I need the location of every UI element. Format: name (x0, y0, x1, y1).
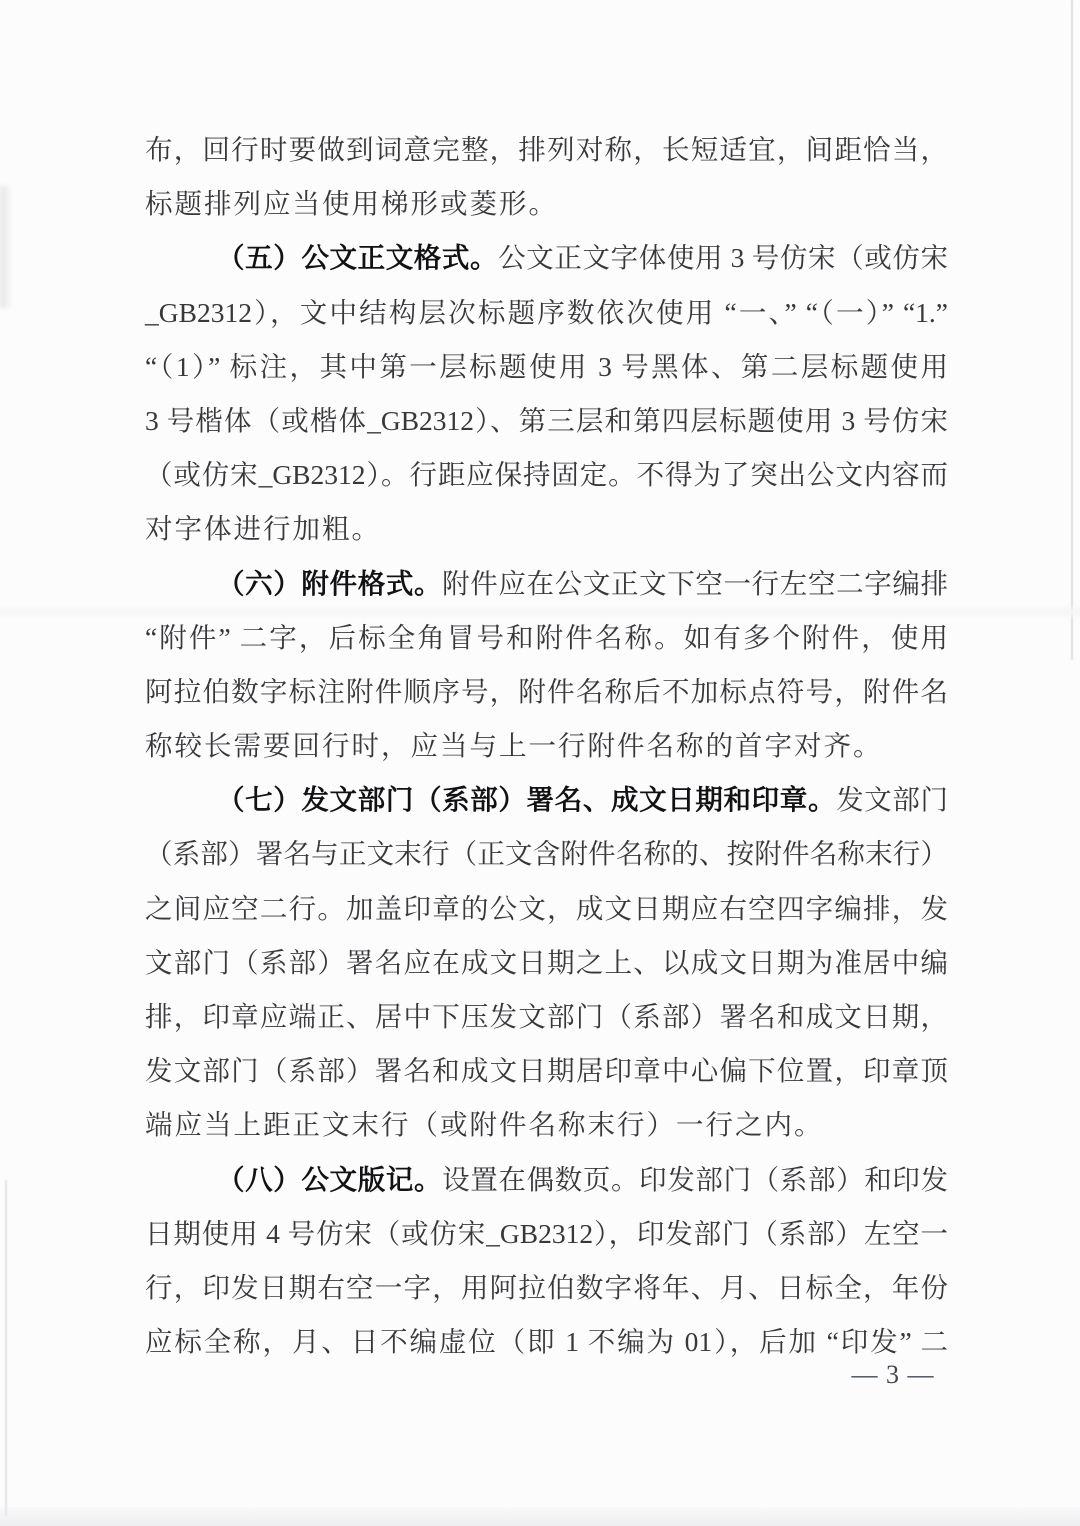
body-segment: 发文部门（系部）署名和成文日期居印章中心偏下位置，印章顶 (145, 1055, 948, 1086)
body-segment: 设置在偶数页。印发部门（系部）和印发 (442, 1164, 948, 1195)
body-segment: 发文部门 (836, 784, 948, 815)
scan-vertical-line-left (5, 1180, 7, 1516)
text-line: _GB2312），文中结构层次标题序数依次使用 “一、” “（一）” “1.” (145, 286, 948, 340)
text-line: 标题排列应当使用梯形或菱形。 (145, 177, 948, 231)
text-line: 文部门（系部）署名应在成文日期之上、以成文日期为准居中编 (145, 936, 948, 990)
body-segment: 应标全称，月、日不编虚位（即 1 不编为 01），后加 “印发” 二 (145, 1326, 948, 1357)
text-line: （八）公文版记。设置在偶数页。印发部门（系部）和印发 (145, 1153, 948, 1207)
text-line: 3 号楷体（或楷体_GB2312）、第三层和第四层标题使用 3 号仿宋 (145, 394, 948, 448)
body-segment: “附件” 二字，后标全角冒号和附件名称。如有多个附件，使用 (145, 622, 948, 653)
body-segment: 布，回行时要做到词意完整，排列对称，长短适宜，间距恰当， (145, 134, 948, 165)
body-segment: 排，印章应端正、居中下压发文部门（系部）署名和成文日期， (145, 1001, 948, 1032)
text-line: （七）发文部门（系部）署名、成文日期和印章。发文部门 (145, 773, 948, 827)
text-line: 发文部门（系部）署名和成文日期居印章中心偏下位置，印章顶 (145, 1044, 948, 1098)
text-line: “（1）” 标注，其中第一层标题使用 3 号黑体、第二层标题使用 (145, 340, 948, 394)
text-line: 端应当上距正文末行（或附件名称末行）一行之内。 (145, 1098, 948, 1152)
text-line: （或仿宋_GB2312）。行距应保持固定。不得为了突出公文内容而 (145, 448, 948, 502)
body-segment: 公文正文字体使用 3 号仿宋（或仿宋 (498, 242, 948, 273)
body-segment: 对字体进行加粗。 (145, 513, 381, 544)
body-segment: （系部）署名与正文末行（正文含附件名称的、按附件名称末行） (145, 838, 948, 869)
page-number: — 3 — (838, 1358, 948, 1392)
text-line: （五）公文正文格式。公文正文字体使用 3 号仿宋（或仿宋 (145, 231, 948, 285)
body-segment: 标题排列应当使用梯形或菱形。 (145, 188, 558, 219)
body-segment: 3 号楷体（或楷体_GB2312）、第三层和第四层标题使用 3 号仿宋 (145, 405, 948, 436)
text-line: 阿拉伯数字标注附件顺序号，附件名称后不加标点符号，附件名 (145, 665, 948, 719)
text-line: 排，印章应端正、居中下压发文部门（系部）署名和成文日期， (145, 990, 948, 1044)
text-line: 应标全称，月、日不编虚位（即 1 不编为 01），后加 “印发” 二 (145, 1315, 948, 1369)
text-line: 之间应空二行。加盖印章的公文，成文日期应右空四字编排，发 (145, 882, 948, 936)
text-line: 称较长需要回行时，应当与上一行附件名称的首字对齐。 (145, 719, 948, 773)
body-segment: 行，印发日期右空一字，用阿拉伯数字将年、月、日标全，年份 (145, 1272, 948, 1303)
heading-segment: （七）发文部门（系部）署名、成文日期和印章。 (217, 784, 836, 815)
body-segment: 文部门（系部）署名应在成文日期之上、以成文日期为准居中编 (145, 947, 948, 978)
body-segment: 端应当上距正文末行（或附件名称末行）一行之内。 (145, 1109, 824, 1140)
text-line: （系部）署名与正文末行（正文含附件名称的、按附件名称末行） (145, 827, 948, 881)
text-line: “附件” 二字，后标全角冒号和附件名称。如有多个附件，使用 (145, 611, 948, 665)
heading-segment: （五）公文正文格式。 (217, 242, 498, 273)
body-segment: _GB2312），文中结构层次标题序数依次使用 “一、” “（一）” “1.” (145, 297, 948, 328)
body-segment: 称较长需要回行时，应当与上一行附件名称的首字对齐。 (145, 730, 883, 761)
text-line: 对字体进行加粗。 (145, 502, 948, 556)
body-segment: 附件应在公文正文下空一行左空二字编排 (442, 568, 948, 599)
body-segment: （或仿宋_GB2312）。行距应保持固定。不得为了突出公文内容而 (145, 459, 948, 490)
text-line: 布，回行时要做到词意完整，排列对称，长短适宜，间距恰当， (145, 123, 948, 177)
scan-left-smudge (0, 186, 13, 308)
body-segment: 之间应空二行。加盖印章的公文，成文日期应右空四字编排，发 (145, 893, 948, 924)
body-segment: 阿拉伯数字标注附件顺序号，附件名称后不加标点符号，附件名 (145, 676, 948, 707)
document-page: 布，回行时要做到词意完整，排列对称，长短适宜，间距恰当，标题排列应当使用梯形或菱… (0, 0, 1080, 1526)
body-segment: 日期使用 4 号仿宋（或仿宋_GB2312），印发部门（系部）左空一 (145, 1218, 948, 1249)
text-line: （六）附件格式。附件应在公文正文下空一行左空二字编排 (145, 557, 948, 611)
heading-segment: （八）公文版记。 (217, 1164, 442, 1195)
scan-vertical-line-right (1071, 0, 1073, 660)
text-line: 日期使用 4 号仿宋（或仿宋_GB2312），印发部门（系部）左空一 (145, 1207, 948, 1261)
text-line: 行，印发日期右空一字，用阿拉伯数字将年、月、日标全，年份 (145, 1261, 948, 1315)
scan-bottom-edge (0, 1507, 1080, 1526)
document-lines: 布，回行时要做到词意完整，排列对称，长短适宜，间距恰当，标题排列应当使用梯形或菱… (145, 123, 948, 1369)
heading-segment: （六）附件格式。 (217, 568, 442, 599)
body-segment: “（1）” 标注，其中第一层标题使用 3 号黑体、第二层标题使用 (145, 351, 948, 382)
